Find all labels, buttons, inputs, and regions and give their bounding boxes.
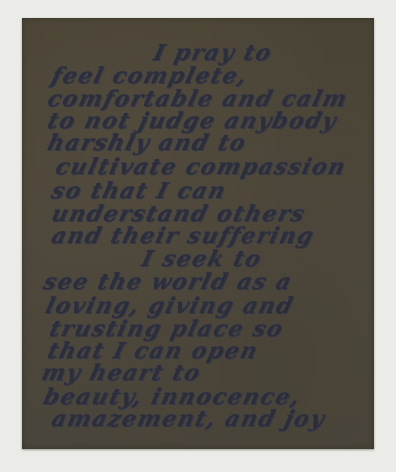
text-line-5: harshly and to (45, 130, 250, 156)
text-line-15: my heart to (39, 360, 204, 386)
text-line-6: cultivate compassion (53, 154, 349, 180)
handwritten-rug: I pray to feel complete, comfortable and… (22, 18, 374, 449)
text-line-11: see the world as a (41, 269, 295, 295)
text-line-17: amazement, and joy (49, 406, 328, 432)
